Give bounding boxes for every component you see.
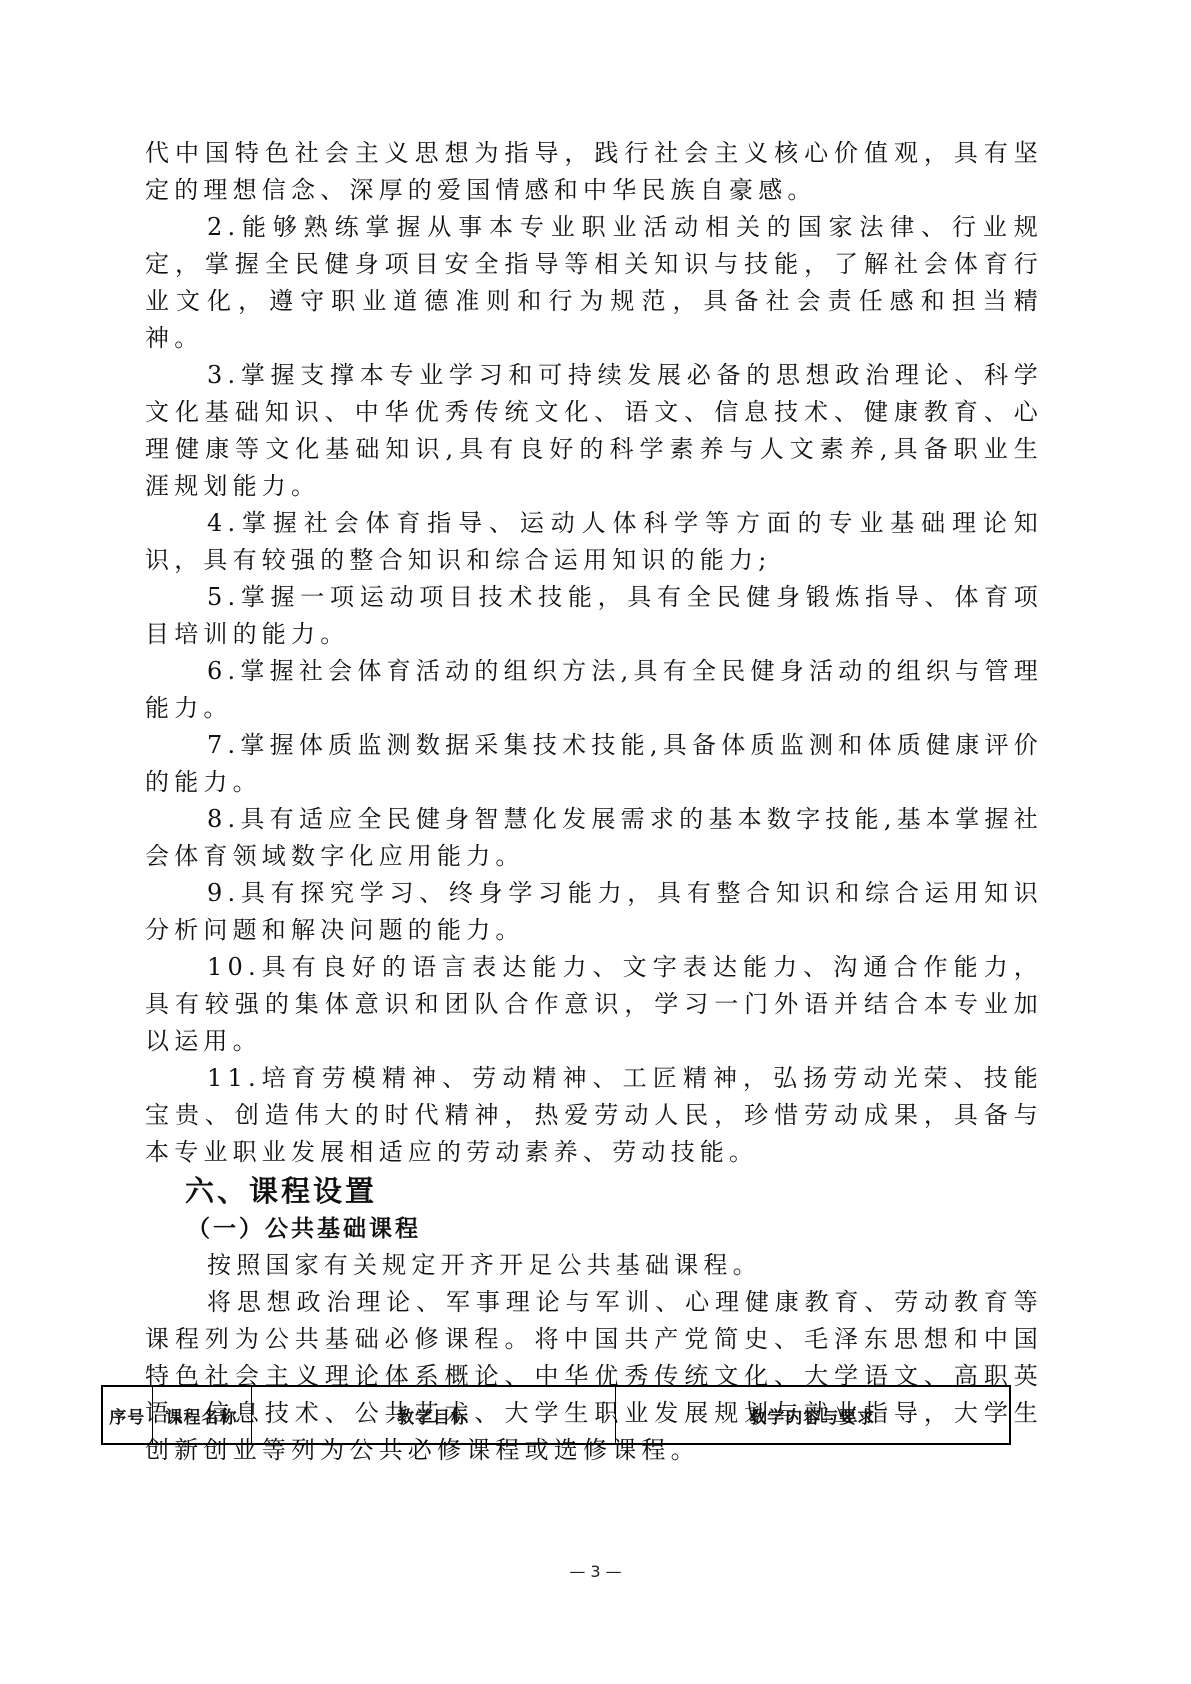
header-content-requirements: 教学内容与要求 xyxy=(615,1386,1010,1444)
section-paragraph-1: 按照国家有关规定开齐开足公共基础课程。 xyxy=(145,1247,1043,1284)
page-number: — 3 — xyxy=(0,1562,1191,1581)
table-header-row: 序号 课程名称 教学目标 教学内容与要求 xyxy=(102,1386,1010,1444)
paragraph-item-7: 7.掌握体质监测数据采集技术技能,具备体质监测和体质健康评价的能力。 xyxy=(145,727,1043,801)
paragraph-item-9: 9.具有探究学习、终身学习能力，具有整合知识和综合运用知识分析问题和解决问题的能… xyxy=(145,875,1043,949)
header-teaching-objectives: 教学目标 xyxy=(251,1386,615,1444)
paragraph-item-8: 8.具有适应全民健身智慧化发展需求的基本数字技能,基本掌握社会体育领域数字化应用… xyxy=(145,801,1043,875)
paragraph-item-6: 6.掌握社会体育活动的组织方法,具有全民健身活动的组织与管理能力。 xyxy=(145,653,1043,727)
paragraph-item-4: 4.掌握社会体育指导、运动人体科学等方面的专业基础理论知识，具有较强的整合知识和… xyxy=(145,505,1043,579)
paragraph-item-5: 5.掌握一项运动项目技术技能，具有全民健身锻炼指导、体育项目培训的能力。 xyxy=(145,579,1043,653)
header-serial-number: 序号 xyxy=(102,1386,152,1444)
section-heading: 六、课程设置 xyxy=(145,1171,1043,1211)
paragraph-item-3: 3.掌握支撑本专业学习和可持续发展必备的思想政治理论、科学文化基础知识、中华优秀… xyxy=(145,357,1043,505)
paragraph-item-10: 10.具有良好的语言表达能力、文字表达能力、沟通合作能力，具有较强的集体意识和团… xyxy=(145,949,1043,1060)
paragraph-item-11: 11.培育劳模精神、劳动精神、工匠精神，弘扬劳动光荣、技能宝贵、创造伟大的时代精… xyxy=(145,1060,1043,1171)
paragraph-item-2: 2.能够熟练掌握从事本专业职业活动相关的国家法律、行业规定，掌握全民健身项目安全… xyxy=(145,209,1043,357)
course-table: 序号 课程名称 教学目标 教学内容与要求 xyxy=(101,1385,1009,1445)
paragraph-1-continued: 代中国特色社会主义思想为指导，践行社会主义核心价值观，具有坚定的理想信念、深厚的… xyxy=(145,135,1043,209)
header-course-name: 课程名称 xyxy=(152,1386,251,1444)
document-body: 代中国特色社会主义思想为指导，践行社会主义核心价值观，具有坚定的理想信念、深厚的… xyxy=(145,135,1043,1469)
subsection-heading: （一）公共基础课程 xyxy=(145,1211,1043,1247)
